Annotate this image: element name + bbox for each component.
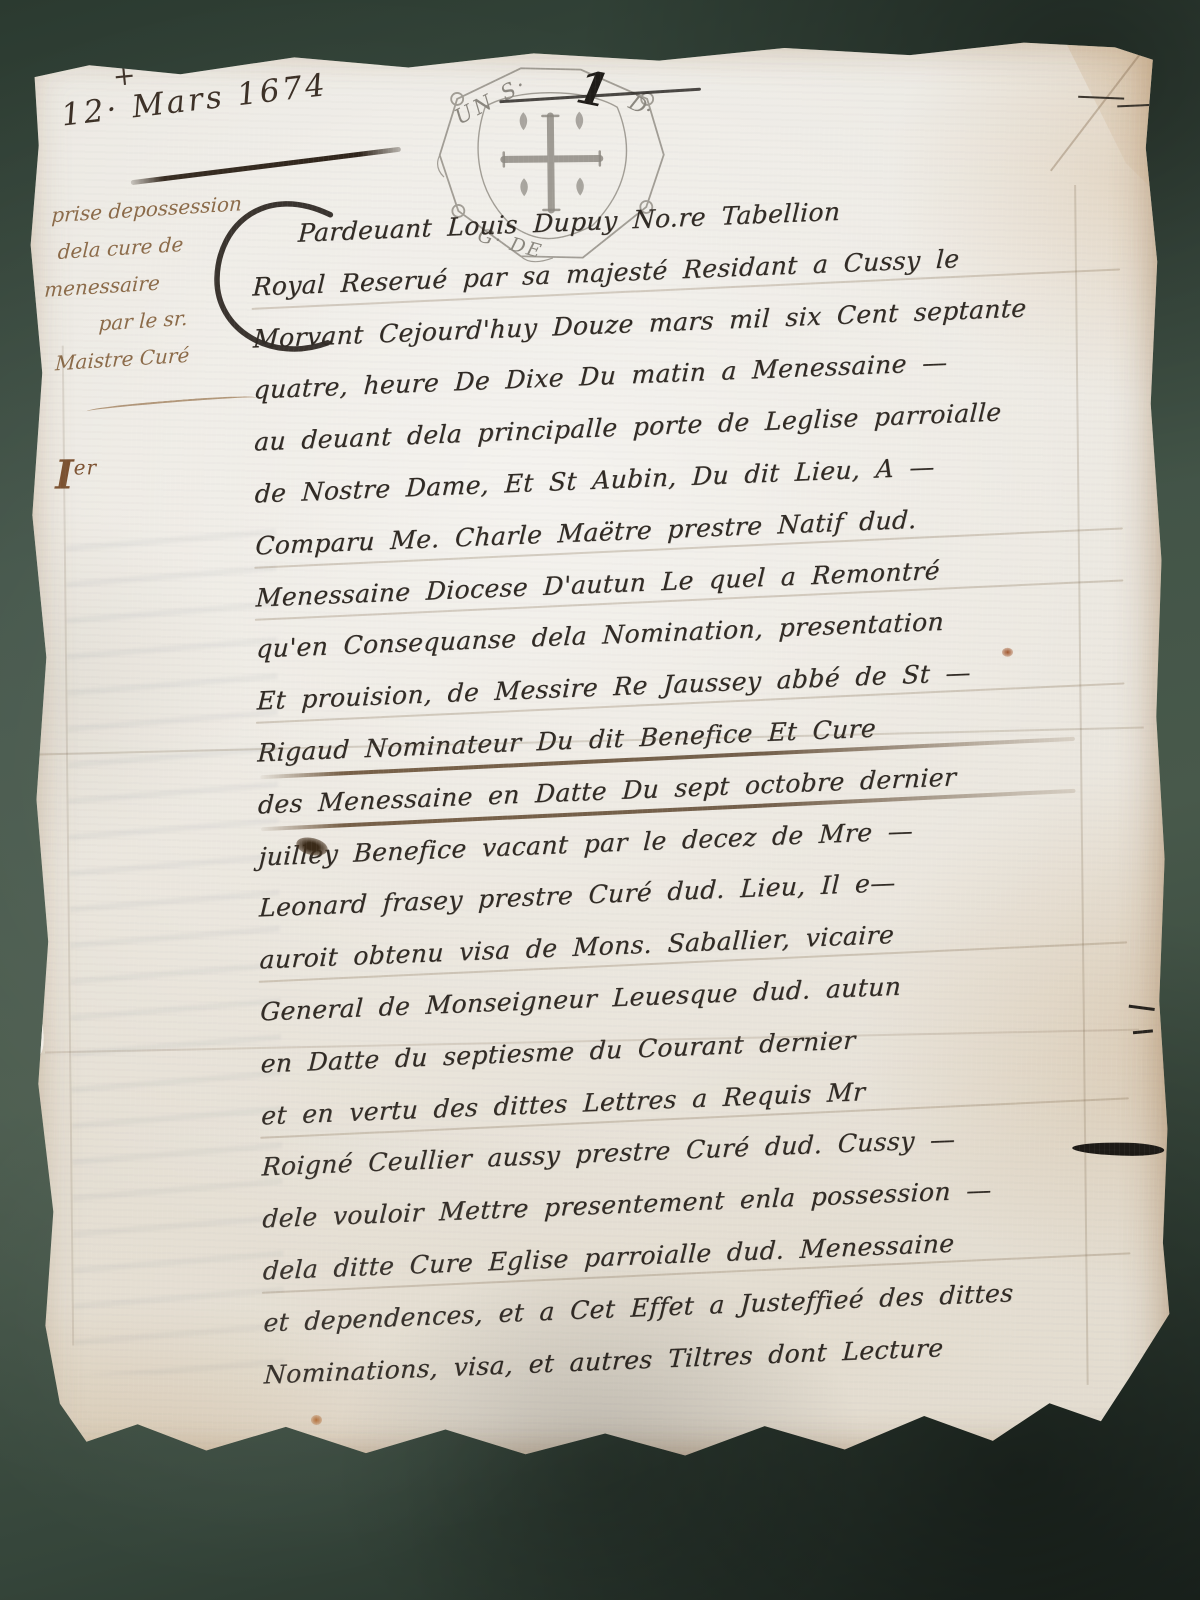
date-heading: 12· Mars 1674 [59,67,329,134]
edge-tear [20,620,44,683]
manuscript-body: Pardeuant Louis Dupuy No.re Tabellion Ro… [250,200,1167,1401]
rust-spot [1002,648,1013,657]
ink-tick-mark [1078,96,1124,100]
rust-spot [311,1415,322,1425]
backdrop: + 12· Mars 1674 [0,0,1200,1600]
manuscript-page: + 12· Mars 1674 [21,34,1176,1468]
corner-fold-crease [1050,51,1143,171]
ink-tick-mark [1117,103,1169,107]
folio-mark-suffix: er [74,455,98,479]
margin-note-underline [86,394,256,416]
date-underline-stroke [131,147,402,186]
cross-mark: + [111,60,137,93]
folio-mark: Ier [55,451,98,498]
ink-bleedthrough [66,513,285,1375]
edge-tear [24,1000,45,1055]
